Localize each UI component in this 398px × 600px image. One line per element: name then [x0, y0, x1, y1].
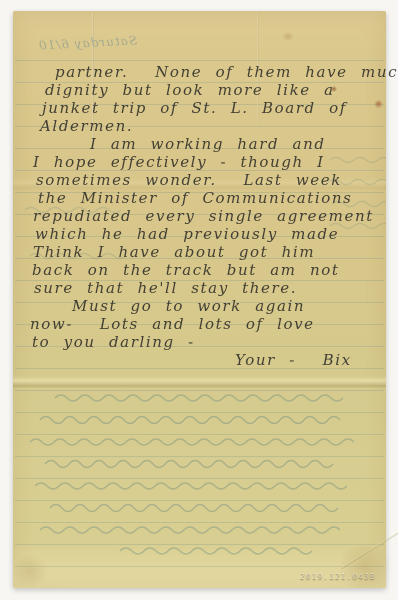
handwriting-line: sometimes wonder. Last week: [36, 171, 380, 189]
handwriting-line: Aldermen.: [40, 117, 380, 135]
corner-crease: [341, 523, 398, 569]
bleed-through-date: Saturday 6/10: [38, 33, 138, 52]
letter-scan: { "letter": { "lines": [ {"text": "partn…: [0, 0, 398, 600]
handwriting-line: junket trip of St. L. Board of: [42, 99, 380, 117]
handwriting-line: which he had previously made: [35, 225, 380, 243]
handwriting-line: Think I have about got him: [33, 243, 380, 261]
corner-stain: [14, 554, 46, 588]
handwriting-line: the Minister of Communications: [38, 189, 380, 207]
letter-page: Saturday 6/10 partner. None of them have…: [13, 11, 386, 588]
handwriting-line: partner. None of them have much: [55, 63, 380, 81]
handwriting-line: sure that he'll stay there.: [34, 279, 380, 297]
bleed-through-line: [40, 417, 340, 424]
bleed-through-line: [45, 461, 333, 468]
handwriting-line: repudiated every single agreement: [33, 207, 380, 225]
bleed-through-line: [50, 505, 338, 512]
handwriting-line: back on the track but am not: [32, 261, 380, 279]
bleed-through-line: [30, 439, 354, 445]
accession-number: 2019.121.043B: [300, 572, 376, 581]
handwriting-line: now- Lots and lots of love: [30, 315, 380, 333]
handwriting-line: I am working hard and: [90, 135, 380, 153]
fold-crease-main: [13, 376, 386, 388]
handwriting-line: Must go to work again: [72, 297, 380, 315]
handwriting-line: dignity but look more like a: [45, 81, 380, 99]
bleed-through-line: [40, 527, 340, 533]
handwriting-line: I hope effectively - though I: [33, 153, 380, 171]
bleed-through-line: [55, 395, 343, 401]
handwriting-line: Your - Bix: [235, 351, 380, 369]
handwritten-letter-body: partner. None of them have muchdignity b…: [28, 63, 380, 369]
smudge-stain: [281, 33, 295, 40]
handwriting-line: to you darling -: [32, 333, 380, 351]
bleed-through-line: [120, 548, 312, 554]
bleed-through-line: [35, 483, 347, 489]
